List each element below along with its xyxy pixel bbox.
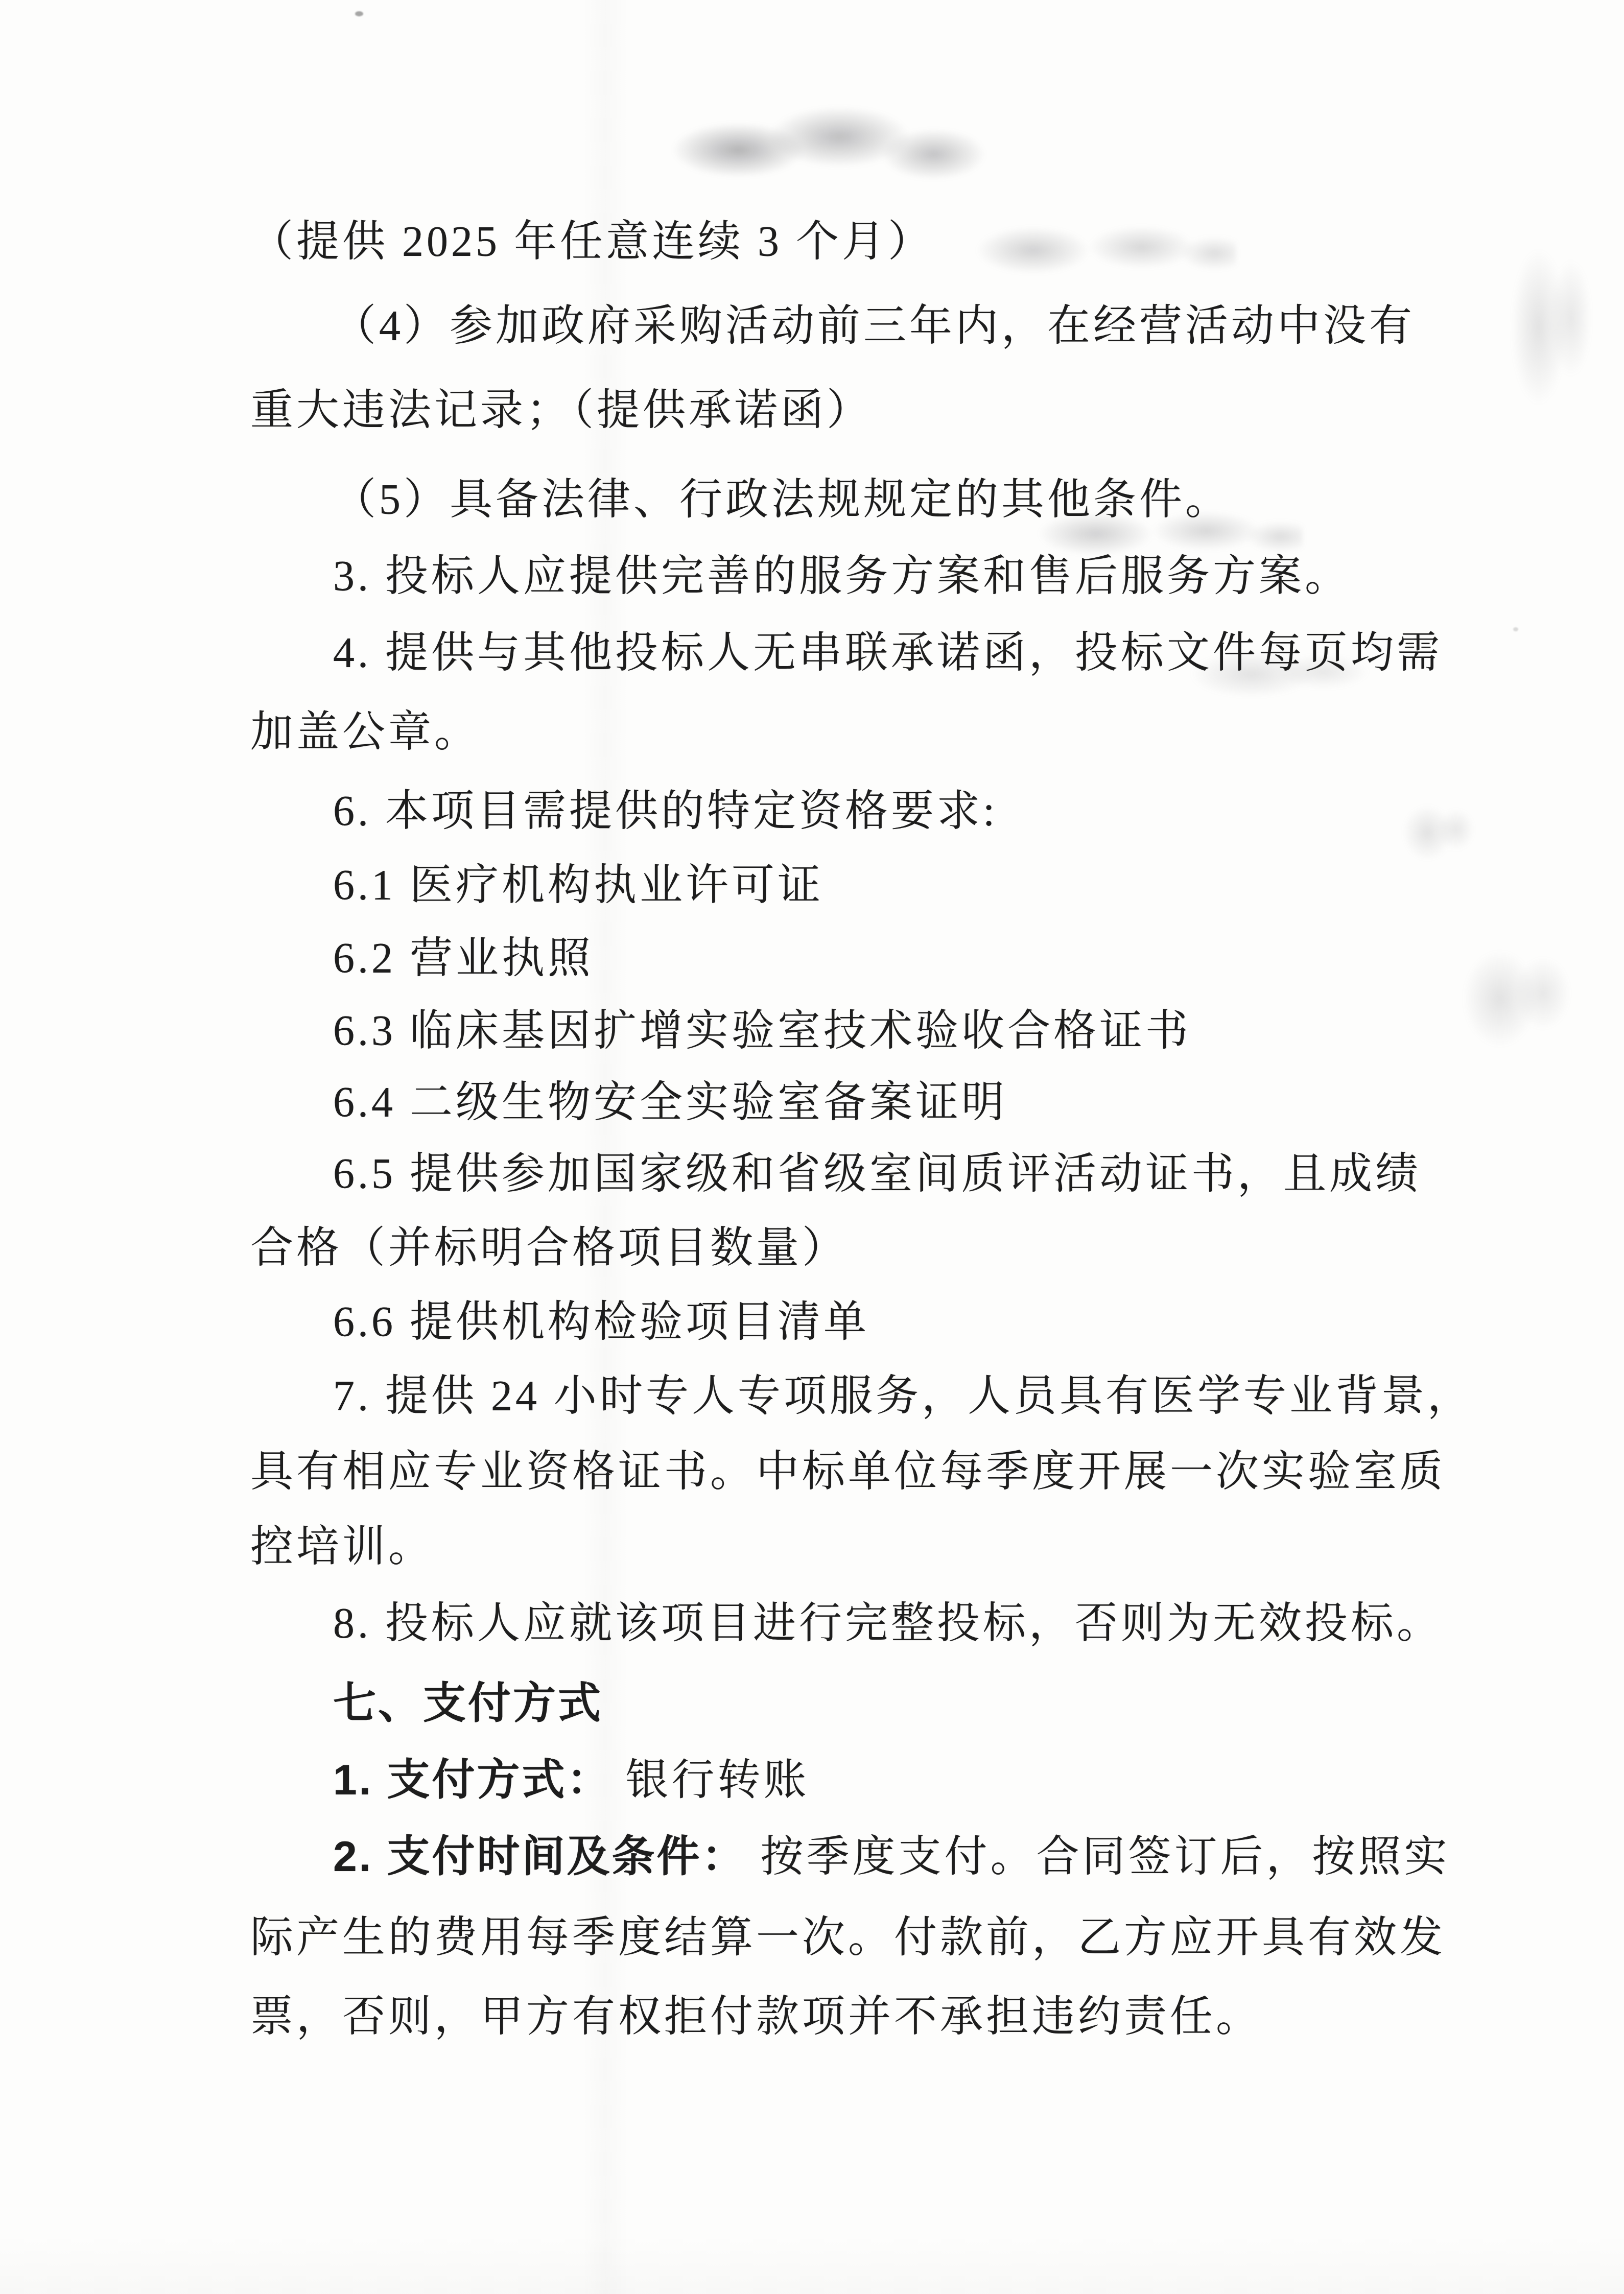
text-line: 6. 本项目需提供的特定资格要求: [333, 789, 998, 833]
text-line: （提供 2025 年任意连续 3 个月） [250, 220, 934, 264]
text-line-body: （4）参加政府采购活动前三年内，在经营活动中没有 [333, 302, 1415, 350]
ink-bleedthrough-smudge [966, 220, 1236, 281]
text-line: 6.2 营业执照 [333, 936, 594, 980]
text-line-body: 6.4 二级生物安全实验室备案证明 [333, 1079, 1007, 1126]
text-line: 6.4 二级生物安全实验室备案证明 [333, 1080, 1007, 1124]
text-line: 加盖公章。 [250, 710, 480, 754]
text-line-body: 6.2 营业执照 [333, 935, 594, 982]
text-line: 2. 支付时间及条件： 按季度支付。合同签订后，按照实 [333, 1835, 1450, 1879]
text-line: 6.6 提供机构检验项目清单 [333, 1300, 869, 1344]
ink-bleedthrough-smudge [1451, 945, 1573, 1052]
section-heading: 七、支付方式 [333, 1682, 603, 1725]
text-line: 具有相应专业资格证书。中标单位每季度开展一次实验室质 [250, 1450, 1446, 1494]
text-line: 重大违法记录；（提供承诺函） [250, 388, 873, 432]
text-line: 4. 提供与其他投标人无串联承诺函，投标文件每页均需 [333, 631, 1443, 675]
text-line: 票，否则，甲方有权拒付款项并不承担违约责任。 [250, 1995, 1262, 2039]
text-line-bold: 1. 支付方式： [333, 1756, 611, 1804]
text-line-body: （提供 2025 年任意连续 3 个月） [250, 218, 934, 266]
text-line-body: 6.1 医疗机构执业许可证 [333, 862, 823, 909]
text-line-body: 4. 提供与其他投标人无串联承诺函，投标文件每页均需 [333, 629, 1443, 677]
text-line: 合格（并标明合格项目数量） [250, 1226, 848, 1270]
text-line-body: 银行转账 [611, 1757, 809, 1804]
text-line: （5）具备法律、行政法规规定的其他条件。 [333, 478, 1231, 522]
ink-bleedthrough-smudge [1395, 802, 1476, 863]
text-line: 8. 投标人应就该项目进行完整投标，否则为无效投标。 [333, 1601, 1443, 1645]
text-line-body: （5）具备法律、行政法规规定的其他条件。 [333, 476, 1231, 524]
scan-shading-band [0, 2233, 1624, 2294]
text-line: 3. 投标人应提供完善的服务方案和售后服务方案。 [333, 554, 1351, 598]
text-line-body: 6.5 提供参加国家级和省级室间质评活动证书，且成绩 [333, 1150, 1421, 1198]
text-line-body: 际产生的费用每季度结算一次。付款前，乙方应开具有效发 [250, 1914, 1446, 1961]
text-line-body: 6.3 临床基因扩增实验室技术验收合格证书 [333, 1007, 1191, 1055]
ink-bleedthrough-smudge [1502, 240, 1594, 414]
text-line: 际产生的费用每季度结算一次。付款前，乙方应开具有效发 [250, 1915, 1446, 1959]
ink-bleedthrough-smudge [664, 102, 1001, 189]
text-line-body: 加盖公章。 [250, 708, 480, 756]
section-heading-text: 七、支付方式 [333, 1679, 603, 1727]
text-line-body: 具有相应专业资格证书。中标单位每季度开展一次实验室质 [250, 1448, 1446, 1496]
text-line: 1. 支付方式： 银行转账 [333, 1758, 809, 1802]
text-line-body: 8. 投标人应就该项目进行完整投标，否则为无效投标。 [333, 1600, 1443, 1647]
text-line: 7. 提供 24 小时专人专项服务，人员具有医学专业背景， [333, 1374, 1473, 1418]
text-line-body: 控培训。 [250, 1523, 434, 1571]
text-line: 6.3 临床基因扩增实验室技术验收合格证书 [333, 1009, 1191, 1053]
text-line-body: 6. 本项目需提供的特定资格要求: [333, 788, 998, 835]
scan-speck [355, 11, 363, 16]
text-line: 6.1 医疗机构执业许可证 [333, 863, 823, 907]
scan-speck [1513, 627, 1518, 631]
text-line-body: 按季度支付。合同签订后，按照实 [746, 1833, 1450, 1881]
text-line-body: 7. 提供 24 小时专人专项服务，人员具有医学专业背景， [333, 1373, 1473, 1420]
text-line-body: 3. 投标人应提供完善的服务方案和售后服务方案。 [333, 553, 1351, 600]
text-line: 6.5 提供参加国家级和省级室间质评活动证书，且成绩 [333, 1152, 1421, 1196]
scanned-document-page: （提供 2025 年任意连续 3 个月） （4）参加政府采购活动前三年内，在经营… [0, 0, 1624, 2294]
text-line: （4）参加政府采购活动前三年内，在经营活动中没有 [333, 304, 1415, 348]
text-line-bold: 2. 支付时间及条件： [333, 1832, 746, 1880]
text-line-body: 票，否则，甲方有权拒付款项并不承担违约责任。 [250, 1993, 1262, 2041]
text-line-body: 6.6 提供机构检验项目清单 [333, 1298, 869, 1346]
text-line-body: 合格（并标明合格项目数量） [250, 1224, 848, 1272]
text-line-body: 重大违法记录；（提供承诺函） [250, 387, 873, 434]
text-line: 控培训。 [250, 1525, 434, 1569]
